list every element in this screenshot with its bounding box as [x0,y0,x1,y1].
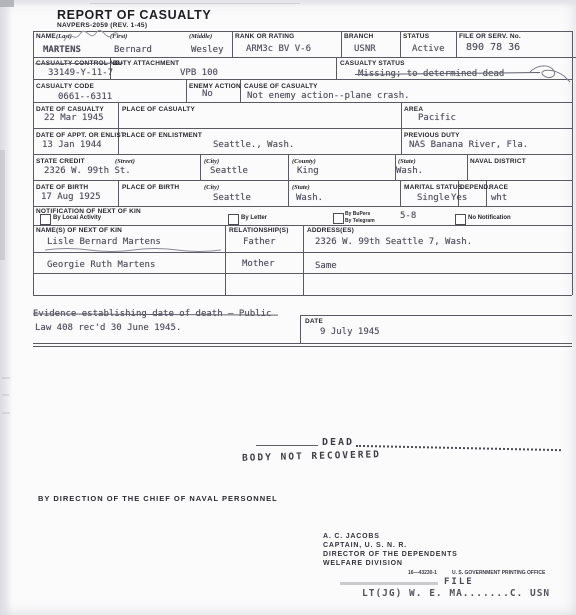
casualty-code-value: 0661--6311 [58,92,112,102]
evidence-line2: Law 408 rec'd 30 June 1945. [35,323,181,333]
table-line [400,31,401,57]
table-line [33,57,576,58]
by-bupers-label: By BuPers [345,211,370,217]
table-line [33,295,572,296]
place-enlist-label: PLACE OF ENLISTMENT [122,132,202,139]
street-label: (Street) [115,158,135,165]
table-line [401,128,402,154]
date-enlist-label: DATE OF APPT. OR ENLIST. [36,132,126,139]
table-line [288,180,289,206]
previous-duty-value: NAS Banana River, Fla. [409,140,528,150]
state-label: (State) [398,158,416,165]
middle-label: (Middle) [189,33,212,40]
no-notification-label: No Notification [468,215,511,221]
signer-title-line1: DIRECTOR OF THE DEPENDENTS [323,551,458,558]
table-line [232,31,233,57]
evidence-date-label: DATE [305,318,323,325]
checkbox-by-letter [228,214,239,225]
notification-title: NOTIFICATION OF NEXT OF KIN [36,208,141,215]
birth-city-label: (City) [204,184,219,191]
by-telegram-label: By Telegram [345,218,375,224]
table-line [225,225,226,295]
birth-state-label: (State) [292,184,310,191]
table-line [456,31,457,57]
table-line [186,79,187,102]
underline-squiggle [45,246,223,254]
table-line [33,128,572,129]
cause-value: Not enemy action--plane crash. [247,91,410,101]
notification-annotation: 5-8 [400,211,416,221]
enemy-action-value: No [202,89,213,99]
table-line [118,102,119,128]
print-office: U. S. GOVERNMENT PRINTING OFFICE [452,570,545,576]
signer-title-line2: WELFARE DIVISION [323,560,403,567]
print-number: 16—43230-1 [408,570,437,576]
state-credit-label: STATE CREDIT [36,158,85,165]
name-middle-value: Wesley [191,45,224,55]
scan-smudge [0,150,5,260]
kin-row-relationship: Mother [242,259,275,269]
form-title: REPORT OF CASUALTY [57,8,211,22]
branch-label: BRANCH [344,33,373,40]
marital-status-value: Single [417,193,450,203]
scan-edge-left [0,0,12,615]
duty-attachment-label: DUTY ATTACHMENT [113,60,179,67]
date-of-casualty-label: DATE OF CASUALTY [36,106,104,113]
table-line [33,180,572,181]
duty-attachment-value: VPB 100 [180,68,218,78]
race-value: wht [491,193,507,203]
scan-corner-mark [0,0,14,7]
officer-stamp: LT(JG) W. E. MA.......C. USN [362,588,550,599]
birth-city-value: Seattle [213,193,251,203]
enemy-action-label: ENEMY ACTION [189,83,241,90]
casualty-status-label: CASUALTY STATUS [340,60,405,67]
area-label: AREA [404,106,423,113]
table-line [303,225,304,295]
stamp-line [256,445,318,446]
scan-mark [2,377,10,379]
street-value: 2326 W. 99th St. [44,166,131,176]
table-line [401,102,402,128]
kin-row-relationship: Father [243,237,276,247]
table-line [288,154,289,180]
depend-value: Yes [451,193,467,203]
rank-value: ARM3c BV V-6 [246,44,311,54]
table-line [336,57,337,79]
scan-artifact-line [90,3,300,4]
dead-stamp: DEAD [322,437,354,448]
status-label: STATUS [403,33,429,40]
table-line [33,31,34,295]
area-value: Pacific [418,113,456,123]
handwriting-loop [528,62,572,86]
stamp-dotted-line [356,445,561,451]
casualty-code-label: CASUALTY CODE [36,83,94,90]
place-enlist-value: Seattle., Wash. [213,140,294,150]
branch-value: USNR [354,44,376,54]
handwriting-scribble [62,27,120,47]
date-enlist-value: 13 Jan 1944 [42,140,102,150]
checkbox-by-bupers-telegram [333,213,344,224]
table-line [341,31,342,57]
table-line [33,102,572,103]
table-line [33,343,572,344]
kin-relationship-label: RELATIONSHIP(S) [229,227,289,234]
kin-row-address: 2326 W. 99th Seattle 7, Wash. [315,237,472,247]
signer-rank: CAPTAIN, U. S. N. R. [323,542,407,549]
kin-row-name: Georgie Ruth Martens [47,260,155,270]
kin-row-address: Same [315,261,337,271]
stamp-smudge [340,582,438,585]
evidence-date-value: 9 July 1945 [320,327,380,337]
by-direction-text: BY DIRECTION OF THE CHIEF OF NAVAL PERSO… [38,494,278,503]
city-value: Seattle [210,166,248,176]
name-label: NAME [36,33,56,40]
county-value: King [297,166,319,176]
body-not-recovered-stamp: BODY NOT RECOVERED [242,449,381,464]
date-of-birth-value: 17 Aug 1925 [41,192,101,202]
place-of-casualty-label: PLACE OF CASUALTY [122,106,195,113]
table-line [33,346,572,347]
name-last-value: MARTENS [43,45,81,55]
scanned-casualty-report: REPORT OF CASUALTY NAVPERS-2059 (REV. 1-… [0,0,576,615]
table-line [467,154,468,180]
marital-status-label: MARITAL STATUS [404,184,462,191]
table-line [33,79,572,80]
table-line [118,180,119,206]
checkbox-by-local-activity [40,214,51,225]
table-line [200,154,201,180]
signer-name: A. C. JACOBS [323,533,380,540]
table-line [572,31,573,295]
name-first-value: Bernard [114,45,152,55]
city-label: (City) [204,158,219,165]
place-of-birth-label: PLACE OF BIRTH [122,184,179,191]
casualty-control-value: 33149-Y-11-7 [48,68,113,78]
file-stamp: FILE [444,577,474,587]
by-local-activity-label: By Local Activity [53,215,101,221]
cause-label: CAUSE OF CASUALTY [244,83,318,90]
race-label: RACE [489,184,508,191]
table-line [33,206,572,207]
scan-mark [2,394,9,396]
table-line [33,154,572,155]
checkbox-no-notification [455,214,466,225]
table-line [300,315,301,343]
kin-address-label: ADDRESS(ES) [307,227,354,234]
birth-state-value: Wash. [296,193,323,203]
date-of-birth-label: DATE OF BIRTH [36,184,88,191]
file-label: FILE OR SERV. No. [459,33,521,40]
previous-duty-label: PREVIOUS DUTY [404,132,460,139]
kin-name-label: NAME(S) OF NEXT OF KIN [36,227,122,234]
state-value: Wash. [396,166,423,176]
status-value: Active [412,44,445,54]
table-line [300,315,572,316]
date-of-casualty-value: 22 Mar 1945 [44,113,104,123]
scan-mark [2,412,10,414]
county-label: (County) [292,158,316,165]
by-letter-label: By Letter [241,215,267,221]
naval-district-label: NAVAL DISTRICT [470,158,526,165]
depend-label: DEPEND. [460,184,490,191]
service-number-value: 890 78 36 [466,42,520,53]
rank-label: RANK OR RATING [235,33,294,40]
table-line [400,180,401,206]
